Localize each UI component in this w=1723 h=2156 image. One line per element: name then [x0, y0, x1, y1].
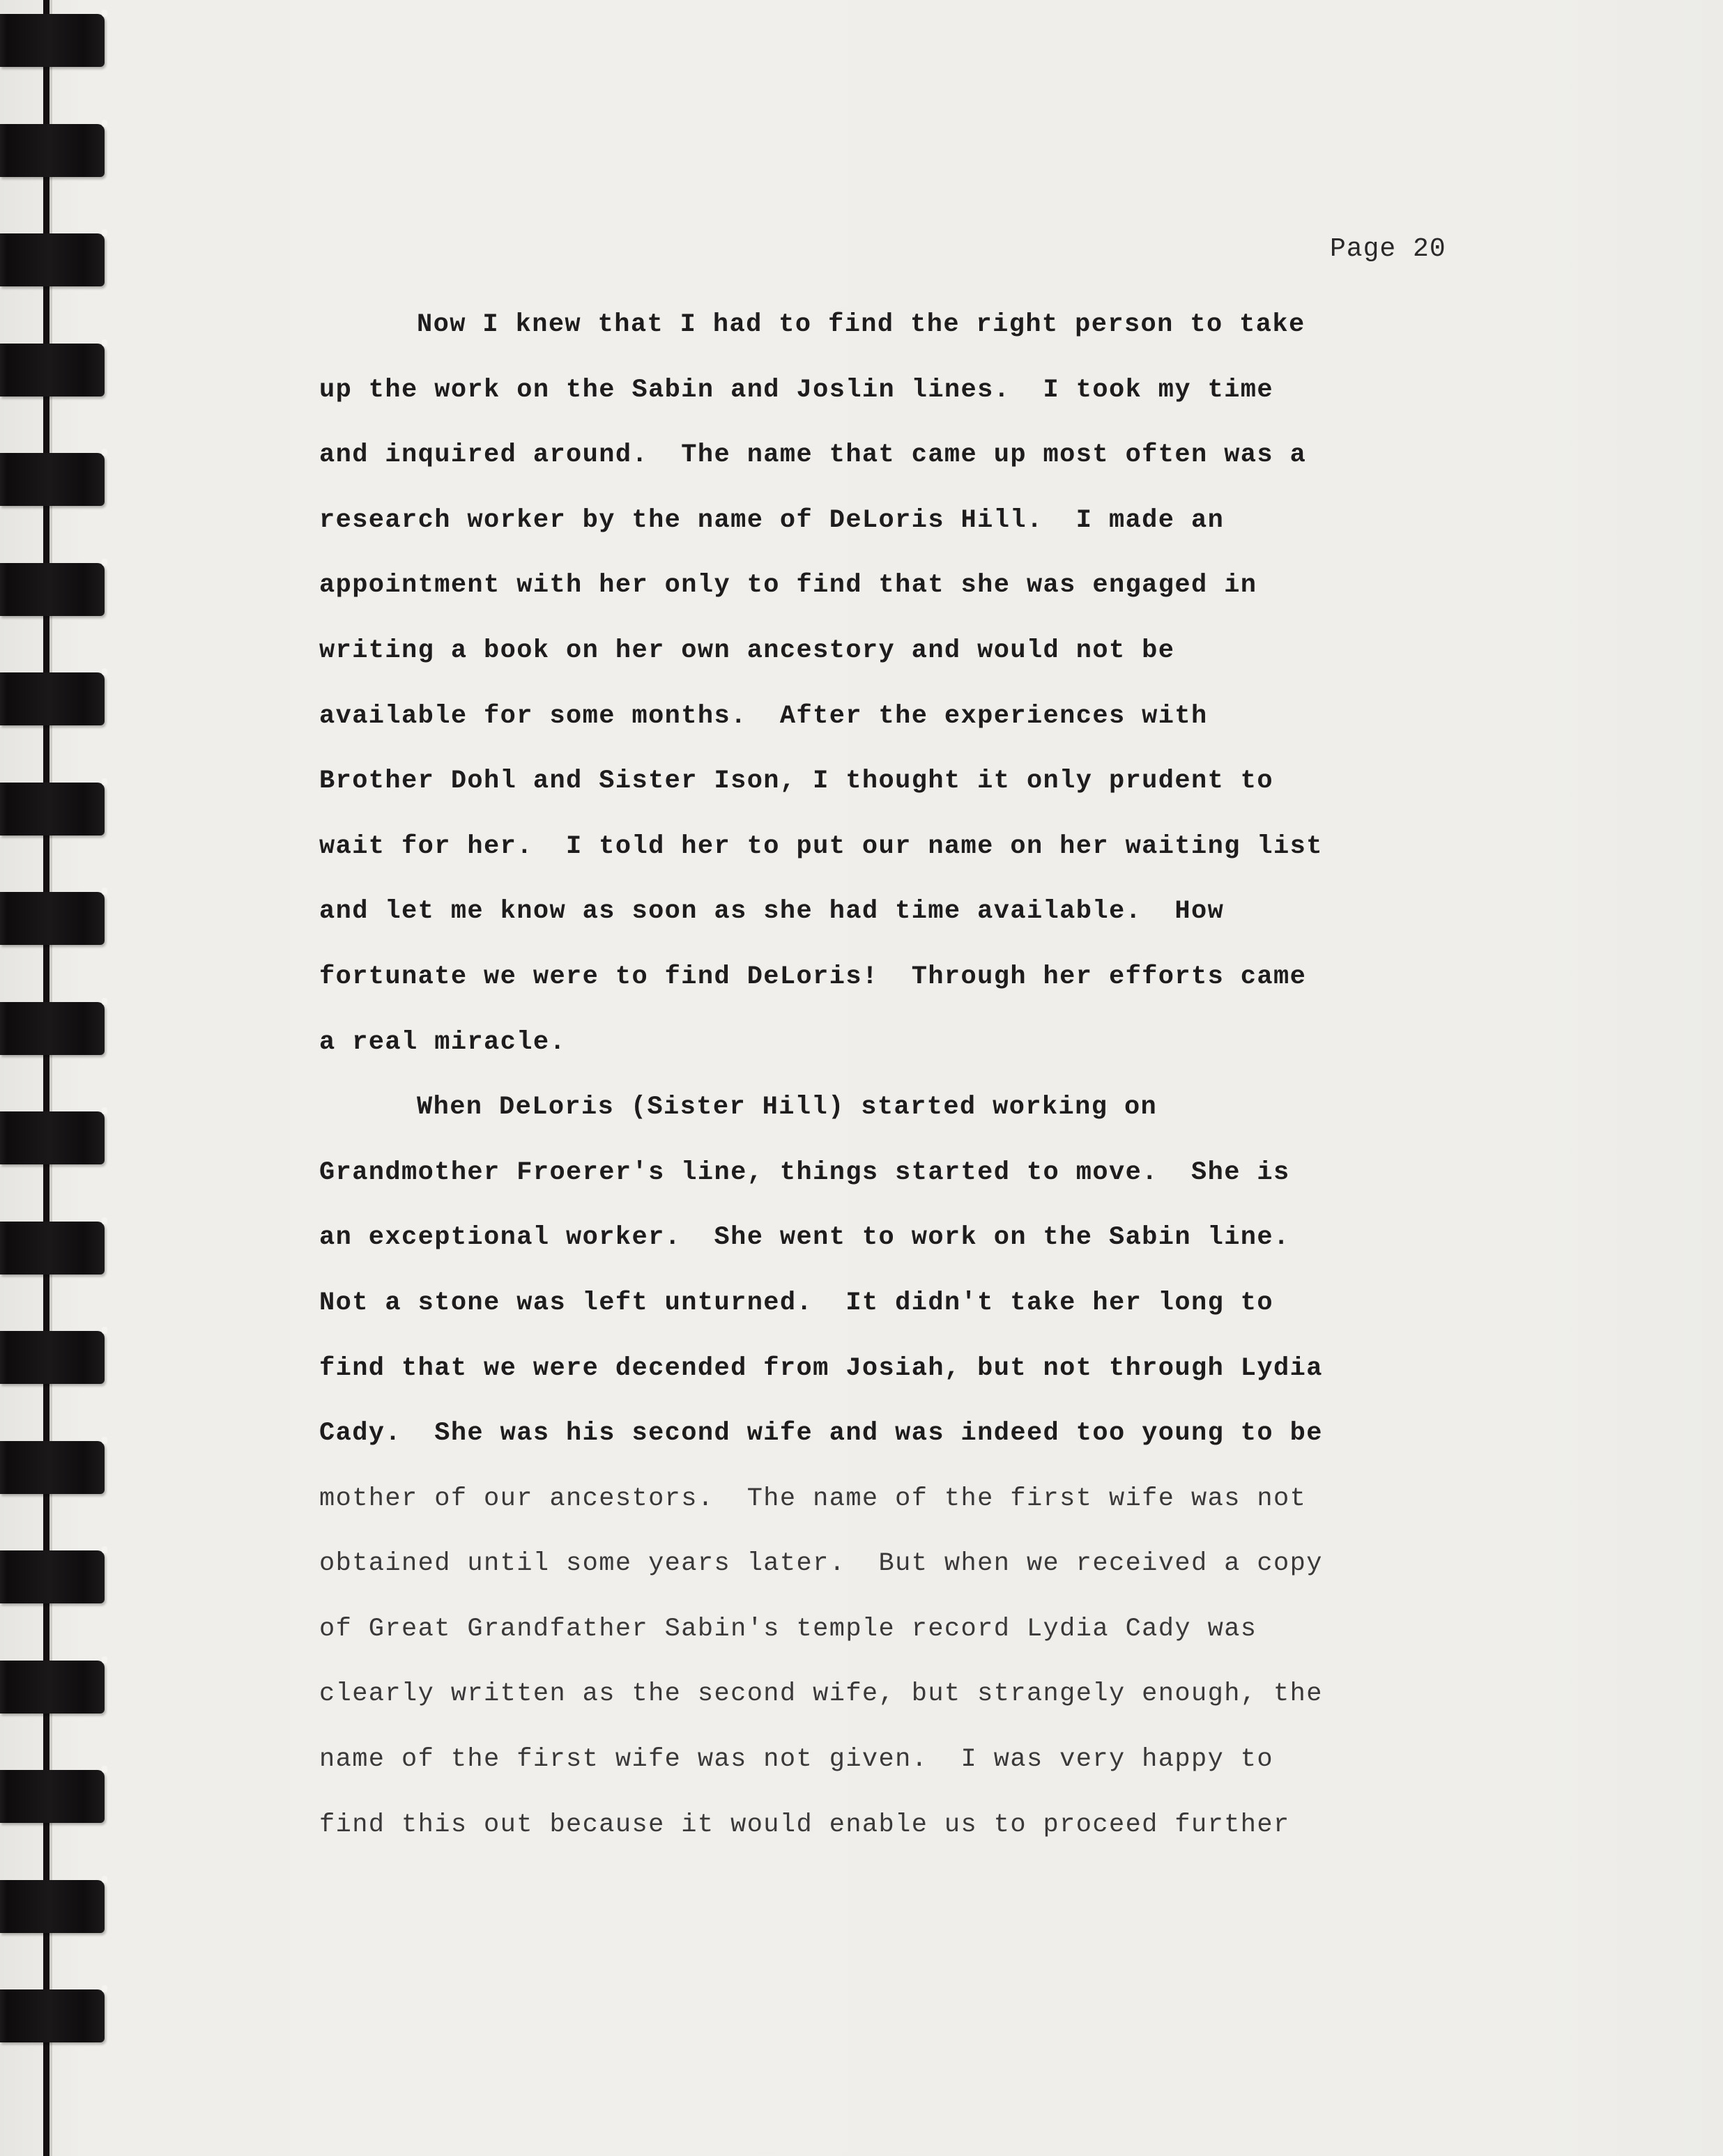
text-line: When DeLoris (Sister Hill) started worki… [319, 1075, 1574, 1141]
binding-coil [0, 783, 105, 836]
binding-coil [0, 453, 105, 506]
text-line: of Great Grandfather Sabin's temple reco… [319, 1597, 1574, 1663]
text-line: find this out because it would enable us… [319, 1793, 1574, 1858]
binding-coil [0, 233, 105, 286]
text-line: research worker by the name of DeLoris H… [319, 488, 1574, 554]
binding-coil [0, 1222, 105, 1275]
binding-coil [0, 1111, 105, 1164]
binding-coil [0, 14, 105, 67]
binding-coil [0, 672, 105, 725]
text-line: appointment with her only to find that s… [319, 553, 1574, 619]
text-line: Brother Dohl and Sister Ison, I thought … [319, 749, 1574, 815]
text-line: Now I knew that I had to find the right … [319, 293, 1574, 358]
text-line: fortunate we were to find DeLoris! Throu… [319, 945, 1574, 1010]
text-line: up the work on the Sabin and Joslin line… [319, 358, 1574, 424]
text-line: an exceptional worker. She went to work … [319, 1206, 1574, 1271]
text-line: Not a stone was left unturned. It didn't… [319, 1271, 1574, 1337]
text-line: and inquired around. The name that came … [319, 423, 1574, 488]
spiral-binding [0, 0, 112, 2156]
body-text: Now I knew that I had to find the right … [319, 293, 1574, 1858]
text-line: find that we were decended from Josiah, … [319, 1337, 1574, 1402]
text-line: obtained until some years later. But whe… [319, 1532, 1574, 1597]
text-line: and let me know as soon as she had time … [319, 879, 1574, 945]
text-line: available for some months. After the exp… [319, 684, 1574, 750]
binding-rod [43, 0, 49, 2156]
page-number: Page 20 [1330, 234, 1446, 264]
binding-rod-shadow [49, 0, 52, 2156]
text-line: writing a book on her own ancestory and … [319, 619, 1574, 684]
binding-coil [0, 1002, 105, 1055]
binding-coil [0, 1880, 105, 1933]
text-line: clearly written as the second wife, but … [319, 1662, 1574, 1727]
binding-coil [0, 563, 105, 616]
binding-coil [0, 1550, 105, 1603]
binding-coil [0, 1331, 105, 1384]
text-line: name of the first wife was not given. I … [319, 1727, 1574, 1793]
text-line: Grandmother Froerer's line, things start… [319, 1141, 1574, 1206]
binding-coil [0, 1770, 105, 1823]
text-line: a real miracle. [319, 1010, 1574, 1076]
binding-coil [0, 1441, 105, 1494]
binding-coil [0, 892, 105, 945]
text-line: wait for her. I told her to put our name… [319, 815, 1574, 880]
binding-coil [0, 1661, 105, 1714]
binding-coil [0, 124, 105, 177]
binding-coil [0, 344, 105, 396]
text-line: mother of our ancestors. The name of the… [319, 1467, 1574, 1532]
text-line: Cady. She was his second wife and was in… [319, 1401, 1574, 1467]
document-page: Page 20 Now I knew that I had to find th… [0, 0, 1723, 2156]
binding-coil [0, 1989, 105, 2042]
